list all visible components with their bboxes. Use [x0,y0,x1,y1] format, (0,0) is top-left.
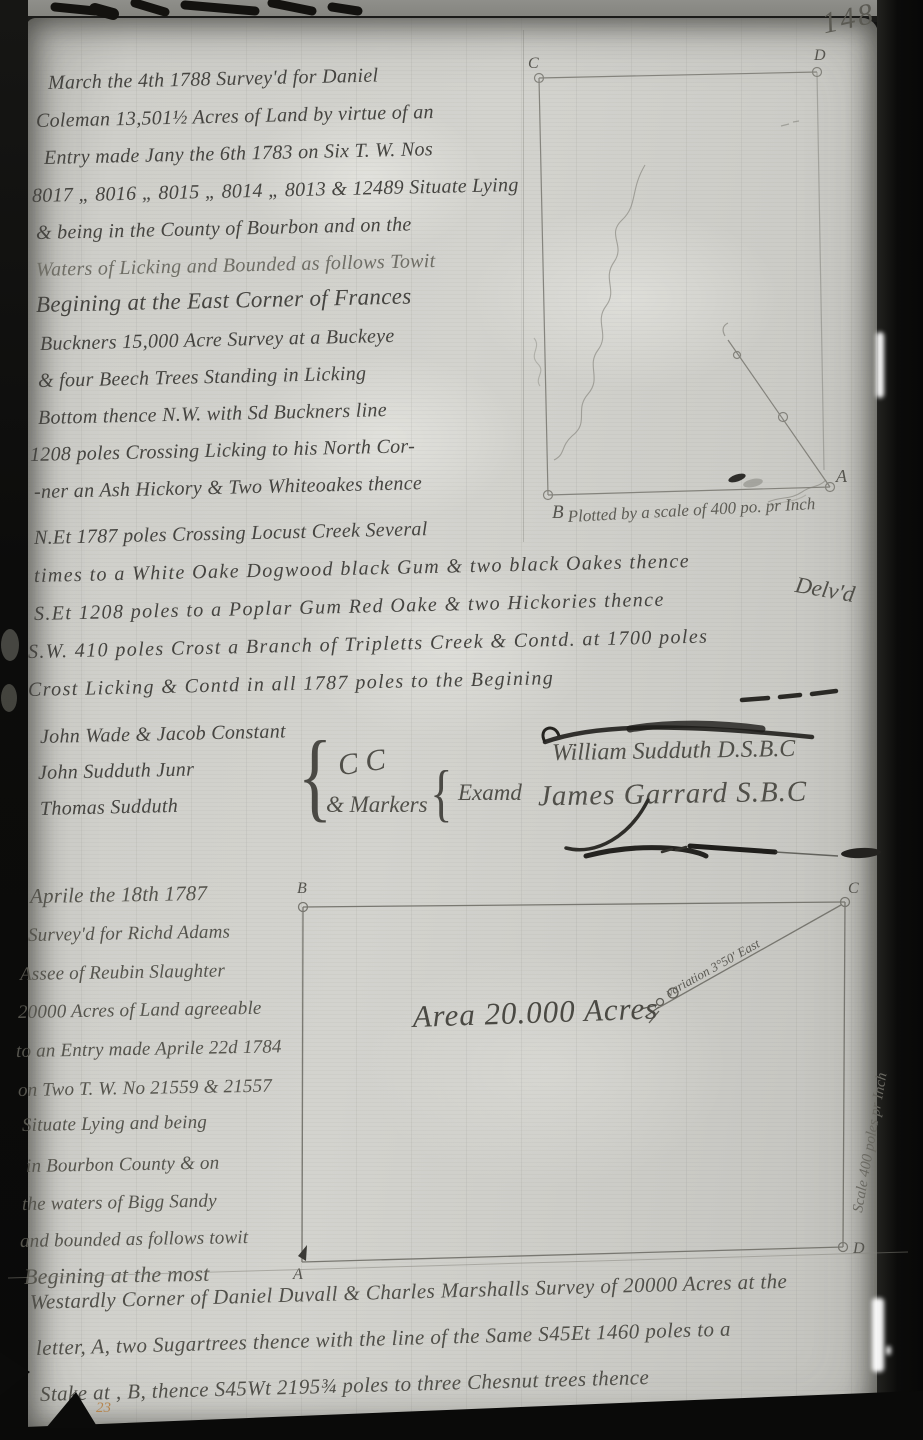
manuscript-photo: { "page": { "number": "148", "delivered_… [0,0,923,1440]
ink-flourishes-overlay [0,0,923,1440]
